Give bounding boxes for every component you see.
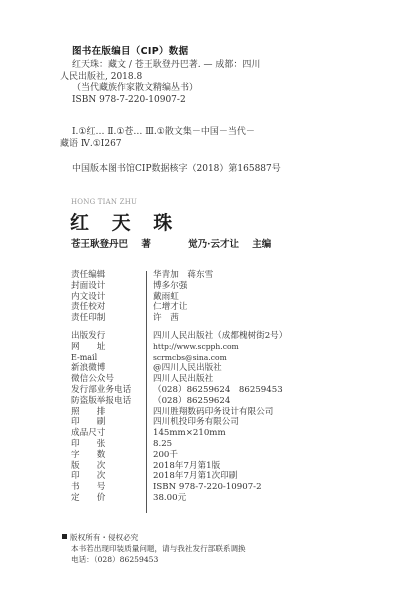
credit-row: 字 数200千 xyxy=(71,450,391,461)
credit-value: 四川人民出版社 xyxy=(153,374,213,385)
credit-key: 责任校对 xyxy=(71,302,141,313)
rights-reserved: 版权所有・侵权必究 xyxy=(70,533,138,542)
credit-key: E-mail xyxy=(71,353,141,364)
credit-row: 内文设计戴雨虹 xyxy=(71,292,391,303)
credit-key: 印 张 xyxy=(71,439,141,450)
cip-record: 红天珠：藏文 / 苍王耿登丹巴著. — 成都：四川 人民出版社, 2018.8 … xyxy=(60,60,370,106)
credit-value: @四川人民出版社 xyxy=(153,363,222,374)
credit-row: 微信公众号四川人民出版社 xyxy=(71,374,391,385)
cip-classification: Ⅰ.①红… Ⅱ.①苍… Ⅲ.①散文集－中国－当代－ 藏语 Ⅳ.①I267 xyxy=(60,126,370,150)
credit-value: （028）86259624 86259453 xyxy=(153,385,283,396)
notice-line: 本书若出现印装质量问题，请与我社发行部联系调换 xyxy=(62,543,246,554)
cip-library-number: 中国版本图书馆CIP数据核字（2018）第165887号 xyxy=(72,161,281,174)
credit-key: 字 数 xyxy=(71,450,141,461)
credit-key: 印 次 xyxy=(71,471,141,482)
classification-line: Ⅰ.①红… Ⅱ.①苍… Ⅲ.①散文集－中国－当代－ xyxy=(60,126,370,138)
credit-value: scrmcbs@sina.com xyxy=(153,353,227,364)
credit-key: 版 次 xyxy=(71,461,141,472)
credit-row: 印 刷四川机投印务有限公司 xyxy=(71,417,391,428)
credit-value: 200千 xyxy=(153,450,178,461)
credit-value: 8.25 xyxy=(153,439,172,450)
credit-row: 出版发行四川人民出版社（成都槐树街2号） xyxy=(71,331,391,342)
credit-value: 戴雨虹 xyxy=(153,292,179,303)
credit-row: 版 次2018年7月第1版 xyxy=(71,461,391,472)
author-role: 著 xyxy=(141,239,151,250)
notice-line: 版权所有・侵权必究 xyxy=(62,532,246,543)
credit-value: 145mm×210mm xyxy=(153,428,226,439)
square-bullet-icon xyxy=(62,534,67,539)
credit-key: 责任印制 xyxy=(71,313,141,324)
credit-key: 微信公众号 xyxy=(71,374,141,385)
credit-row: 书 号ISBN 978-7-220-10907-2 xyxy=(71,482,391,493)
credit-value: 四川人民出版社（成都槐树街2号） xyxy=(153,331,287,342)
cip-line: 人民出版社, 2018.8 xyxy=(60,72,370,84)
credit-value: http://www.scpph.com xyxy=(153,342,239,353)
credit-row: 封面设计博多尔强 xyxy=(71,281,391,292)
credit-spacer xyxy=(71,324,391,331)
credit-value: 2018年7月第1版 xyxy=(153,461,220,472)
credit-row: 印 次2018年7月第1次印刷 xyxy=(71,471,391,482)
notice-line: 电话：（028）86259453 xyxy=(62,554,246,565)
credit-row: 成品尺寸145mm×210mm xyxy=(71,428,391,439)
credit-value: 2018年7月第1次印刷 xyxy=(153,471,237,482)
credit-key: 出版发行 xyxy=(71,331,141,342)
credit-row: 定 价38.00元 xyxy=(71,493,391,504)
credit-key: 内文设计 xyxy=(71,292,141,303)
book-title: 红 天 珠 xyxy=(70,208,180,235)
credit-key: 成品尺寸 xyxy=(71,428,141,439)
credit-row: 责任印制许 茜 xyxy=(71,313,391,324)
credit-row: 责任校对仁增才让 xyxy=(71,302,391,313)
editor-name: 觉乃·云才让 xyxy=(188,239,239,250)
cip-line: （当代藏族作家散文精编丛书） xyxy=(60,83,370,95)
title-pinyin: HONG TIAN ZHU xyxy=(71,198,137,206)
credit-value: （028）86259624 xyxy=(153,396,230,407)
author-name: 苍王耿登丹巴 xyxy=(71,239,128,250)
cip-line: ISBN 978-7-220-10907-2 xyxy=(60,95,370,107)
credit-value: 38.00元 xyxy=(153,493,186,504)
cip-line: 红天珠：藏文 / 苍王耿登丹巴著. — 成都：四川 xyxy=(60,60,370,72)
credit-row: 防盗版举报电话（028）86259624 xyxy=(71,396,391,407)
credit-key: 封面设计 xyxy=(71,281,141,292)
credit-value: 博多尔强 xyxy=(153,281,187,292)
credit-row: E-mailscrmcbs@sina.com xyxy=(71,353,391,364)
copyright-page: 图书在版编目（CIP）数据 红天珠：藏文 / 苍王耿登丹巴著. — 成都：四川 … xyxy=(0,0,414,600)
credit-key: 印 刷 xyxy=(71,417,141,428)
credit-key: 责任编辑 xyxy=(71,270,141,281)
credit-row: 网 址http://www.scpph.com xyxy=(71,342,391,353)
authors-line: 苍王耿登丹巴 著 觉乃·云才让 主编 xyxy=(71,236,281,250)
editor-role: 主编 xyxy=(252,239,271,250)
copyright-notice: 版权所有・侵权必究 本书若出现印装质量问题，请与我社发行部联系调换 电话：（02… xyxy=(62,532,246,565)
cip-heading: 图书在版编目（CIP）数据 xyxy=(72,43,188,57)
credit-key: 防盗版举报电话 xyxy=(71,396,141,407)
credit-value: 四川机投印务有限公司 xyxy=(153,417,239,428)
credit-row: 照 排四川胜翔数码印务设计有限公司 xyxy=(71,407,391,418)
credit-value: 仁增才让 xyxy=(153,302,187,313)
credit-row: 新浪微博@四川人民出版社 xyxy=(71,363,391,374)
credit-key: 定 价 xyxy=(71,493,141,504)
credit-key: 新浪微博 xyxy=(71,363,141,374)
credit-value: 四川胜翔数码印务设计有限公司 xyxy=(153,407,273,418)
credit-key: 发行部业务电话 xyxy=(71,385,141,396)
credit-key: 书 号 xyxy=(71,482,141,493)
credit-row: 印 张8.25 xyxy=(71,439,391,450)
credit-value: ISBN 978-7-220-10907-2 xyxy=(153,482,262,493)
credit-row: 发行部业务电话（028）86259624 86259453 xyxy=(71,385,391,396)
credit-key: 照 排 xyxy=(71,407,141,418)
credit-value: 华青加 蒋东雪 xyxy=(153,270,213,281)
classification-line: 藏语 Ⅳ.①I267 xyxy=(60,138,370,150)
credit-key: 网 址 xyxy=(71,342,141,353)
credit-value: 许 茜 xyxy=(153,313,179,324)
credit-row: 责任编辑华青加 蒋东雪 xyxy=(71,270,391,281)
credits-table: 责任编辑华青加 蒋东雪 封面设计博多尔强 内文设计戴雨虹 责任校对仁增才让 责任… xyxy=(71,270,391,504)
